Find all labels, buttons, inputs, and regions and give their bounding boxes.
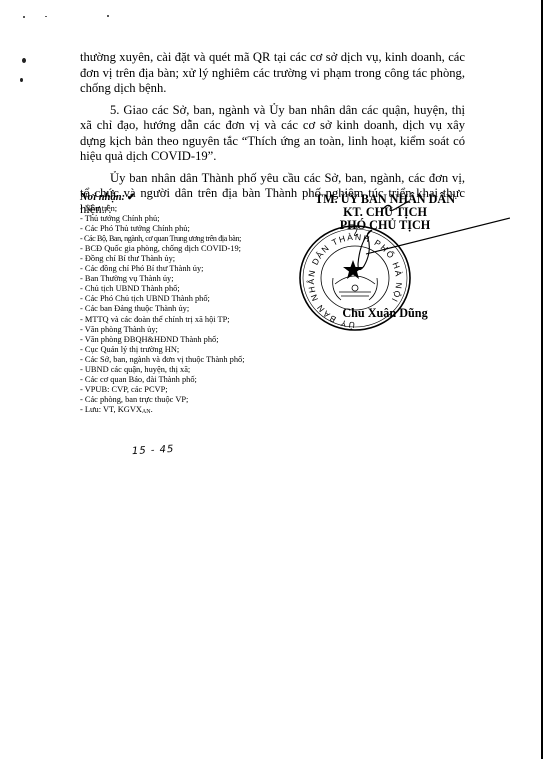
recipient-item: - VPUB: CVP, các PCVP; (80, 385, 310, 395)
paragraph-item-5: 5. Giao các Sở, ban, ngành và Ủy ban nhâ… (80, 103, 465, 165)
recipient-item: - Các đồng chí Phó Bí thư Thành ủy; (80, 264, 310, 274)
recipient-item: - UBND các quận, huyện, thị xã; (80, 365, 310, 375)
scan-speck (23, 16, 25, 18)
handwritten-note: 15 - 45 (132, 444, 175, 457)
scan-speck (107, 15, 109, 17)
recipient-item: - Các Bộ, Ban, ngành, cơ quan Trung ương… (80, 234, 310, 244)
recipient-item: - BCĐ Quốc gia phòng, chống dịch COVID-1… (80, 244, 310, 254)
recipient-item: - Các Phó Chủ tịch UBND Thành phố; (80, 294, 310, 304)
paragraph-continued: thường xuyên, cài đặt và quét mã QR tại … (80, 50, 465, 97)
recipient-item: - Đồng chí Bí thư Thành ủy; (80, 254, 310, 264)
recipient-item: - Các Sở, ban, ngành và đơn vị thuộc Thà… (80, 355, 310, 365)
recipient-item: - Văn phòng ĐBQH&HĐND Thành phố; (80, 335, 310, 345)
recipient-item: - Văn phòng Thành ủy; (80, 325, 310, 335)
recipient-item: - Cục Quản lý thị trường HN; (80, 345, 310, 355)
recipient-archive: - Lưu: VT, KGVXAN. (80, 405, 310, 417)
recipient-item: - Ban Thường vụ Thành ủy; (80, 274, 310, 284)
recipient-item: - Chủ tịch UBND Thành phố; (80, 284, 310, 294)
archive-text: - Lưu: VT, KGVX (80, 405, 142, 414)
scan-speck (20, 78, 23, 82)
handwritten-tick-icon: ✔ (127, 192, 135, 204)
signature-block: TM. ỦY BAN NHÂN DÂN KT. CHỦ TỊCH PHÓ CHỦ… (300, 193, 470, 232)
archive-subscript: AN (142, 409, 151, 415)
recipients-list: Nơi nhận:✔ - Như trên;- Thủ tướng Chính … (80, 192, 310, 417)
signature-line-3: PHÓ CHỦ TỊCH (300, 219, 470, 232)
recipient-items: - Như trên;- Thủ tướng Chính phủ;- Các P… (80, 204, 310, 405)
recipient-item: - Thủ tướng Chính phủ; (80, 214, 310, 224)
signer-name: Chu Xuân Dũng (330, 306, 440, 321)
recipient-item: - Các cơ quan Báo, đài Thành phố; (80, 375, 310, 385)
scan-speck (45, 16, 47, 17)
recipients-heading: Nơi nhận:✔ (80, 192, 310, 204)
recipient-item: - MTTQ và các đoàn thể chính trị xã hội … (80, 315, 310, 325)
document-page: thường xuyên, cài đặt và quét mã QR tại … (0, 0, 543, 759)
scan-speck (22, 58, 26, 63)
recipient-item: - Như trên; (80, 204, 310, 214)
recipient-item: - Các phòng, ban trực thuộc VP; (80, 395, 310, 405)
recipient-item: - Các ban Đảng thuộc Thành ủy; (80, 304, 310, 314)
archive-end: . (151, 405, 153, 414)
recipient-item: - Các Phó Thủ tướng Chính phủ; (80, 224, 310, 234)
recipients-heading-text: Nơi nhận: (80, 192, 125, 203)
